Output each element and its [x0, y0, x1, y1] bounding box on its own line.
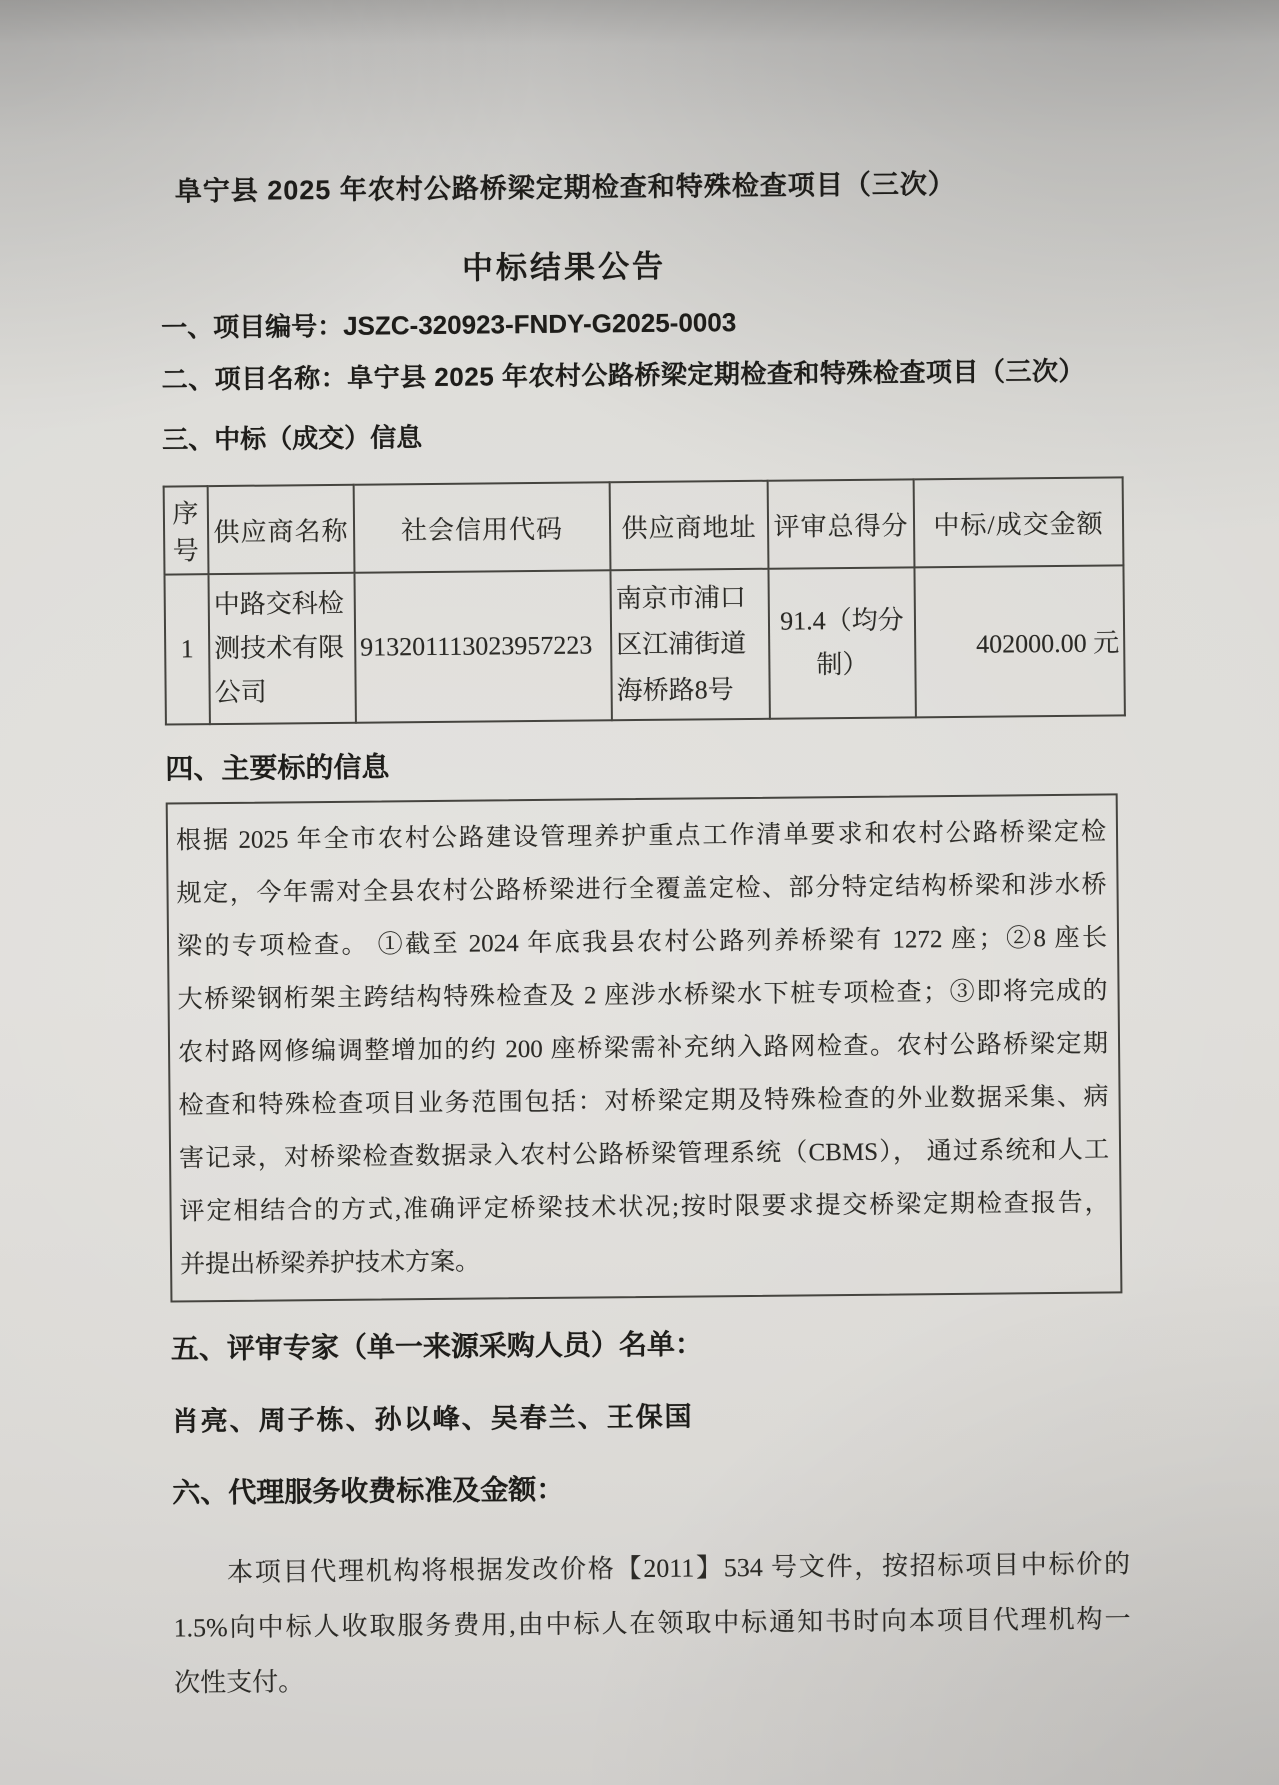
- header-index: 序号: [164, 486, 209, 574]
- section-project-name: 二、项目名称：阜宁县 2025 年农村公路桥梁定期检查和特殊检查项目（三次）: [161, 353, 1118, 396]
- subject-info-line: 规定，今年需对全县农村公路桥梁进行全覆盖定检、部分特定结构桥梁和涉水桥: [176, 859, 1106, 921]
- header-supplier-address: 供应商地址: [610, 481, 769, 571]
- experts-names: 肖亮、周子栋、孙以峰、吴春兰、王保国: [171, 1393, 1128, 1440]
- award-table-header-row: 序号 供应商名称 社会信用代码 供应商地址 评审总得分 中标/成交金额: [164, 477, 1124, 574]
- agency-fee-paragraph: 本项目代理机构将根据发改价格【2011】534 号文件，按招标项目中标价的 1.…: [173, 1536, 1132, 1710]
- header-amount: 中标/成交金额: [914, 477, 1124, 567]
- section-experts-heading: 五、评审专家（单一来源采购人员）名单：: [171, 1321, 1128, 1368]
- subject-info-line: 农村路网修编调整增加的约 200 座桥梁需补充纳入路网检查。农村公路桥梁定期: [178, 1018, 1108, 1080]
- subject-info-line: 大桥梁钢桁架主跨结构特殊检查及 2 座涉水桥梁水下桩专项检查；③即将完成的: [177, 965, 1107, 1027]
- header-score: 评审总得分: [768, 479, 915, 568]
- document-title-project: 阜宁县 2025 年农村公路桥梁定期检查和特殊检查项目（三次）: [160, 163, 1117, 210]
- project-number-value: JSZC-320923-FNDY-G2025-0003: [343, 307, 736, 341]
- project-name-label: 二、项目名称：: [161, 363, 347, 395]
- project-number-label: 一、项目编号：: [161, 311, 343, 343]
- header-credit-code: 社会信用代码: [354, 482, 611, 572]
- agency-fee-line: 本项目代理机构将根据发改价格【2011】534 号文件，按招标项目中标价的: [173, 1536, 1130, 1600]
- agency-fee-line: 1.5%向中标人收取服务费用,由中标人在领取中标通知书时向本项目代理机构一: [173, 1591, 1130, 1655]
- section-award-info-heading: 三、中标（成交）信息: [162, 413, 1119, 456]
- subject-info-line: 害记录，对桥梁检查数据录入农村公路桥梁管理系统（CBMS）， 通过系统和人工: [179, 1124, 1109, 1186]
- project-name-value: 阜宁县 2025 年农村公路桥梁定期检查和特殊检查项目（三次）: [347, 356, 1085, 393]
- award-table-row: 1 中路交科检测技术有限公司 913201113023957223 南京市浦口区…: [164, 565, 1124, 724]
- cell-supplier-address: 南京市浦口区江浦街道海桥路8号: [610, 569, 769, 721]
- section-subject-info-heading: 四、主要标的信息: [165, 741, 1122, 788]
- section-agency-fee-heading: 六、代理服务收费标准及金额：: [172, 1465, 1129, 1512]
- cell-amount: 402000.00 元: [914, 565, 1124, 717]
- subject-info-line: 梁的专项检查。 ①截至 2024 年底我县农村公路列养桥梁有 1272 座；②8…: [177, 912, 1107, 974]
- section-project-number: 一、项目编号：JSZC-320923-FNDY-G2025-0003: [161, 301, 1118, 344]
- cell-supplier-name: 中路交科检测技术有限公司: [208, 573, 355, 724]
- announcement-page: 阜宁县 2025 年农村公路桥梁定期检查和特殊检查项目（三次） 中标结果公告 一…: [158, 0, 1131, 1711]
- subject-info-box: 根据 2025 年全市农村公路建设管理养护重点工作清单要求和农村公路桥梁定检 规…: [166, 793, 1123, 1302]
- cell-credit-code: 913201113023957223: [354, 570, 611, 722]
- award-table: 序号 供应商名称 社会信用代码 供应商地址 评审总得分 中标/成交金额 1 中路…: [163, 476, 1126, 725]
- subject-info-line: 并提出桥梁养护技术方案。: [180, 1230, 1110, 1292]
- header-supplier-name: 供应商名称: [208, 485, 355, 574]
- cell-index: 1: [164, 574, 209, 724]
- subject-info-line: 检查和特殊检查项目业务范围包括：对桥梁定期及特殊检查的外业数据采集、病: [178, 1071, 1108, 1133]
- subject-info-line: 评定相结合的方式,准确评定桥梁技术状况;按时限要求提交桥梁定期检查报告，: [179, 1177, 1109, 1239]
- subject-info-line: 根据 2025 年全市农村公路建设管理养护重点工作清单要求和农村公路桥梁定检: [176, 806, 1106, 868]
- cell-score: 91.4（均分制）: [768, 567, 915, 718]
- document-title-result: 中标结果公告: [160, 241, 1117, 292]
- agency-fee-line: 次性支付。: [174, 1646, 1131, 1710]
- document-photo: 阜宁县 2025 年农村公路桥梁定期检查和特殊检查项目（三次） 中标结果公告 一…: [0, 0, 1279, 1785]
